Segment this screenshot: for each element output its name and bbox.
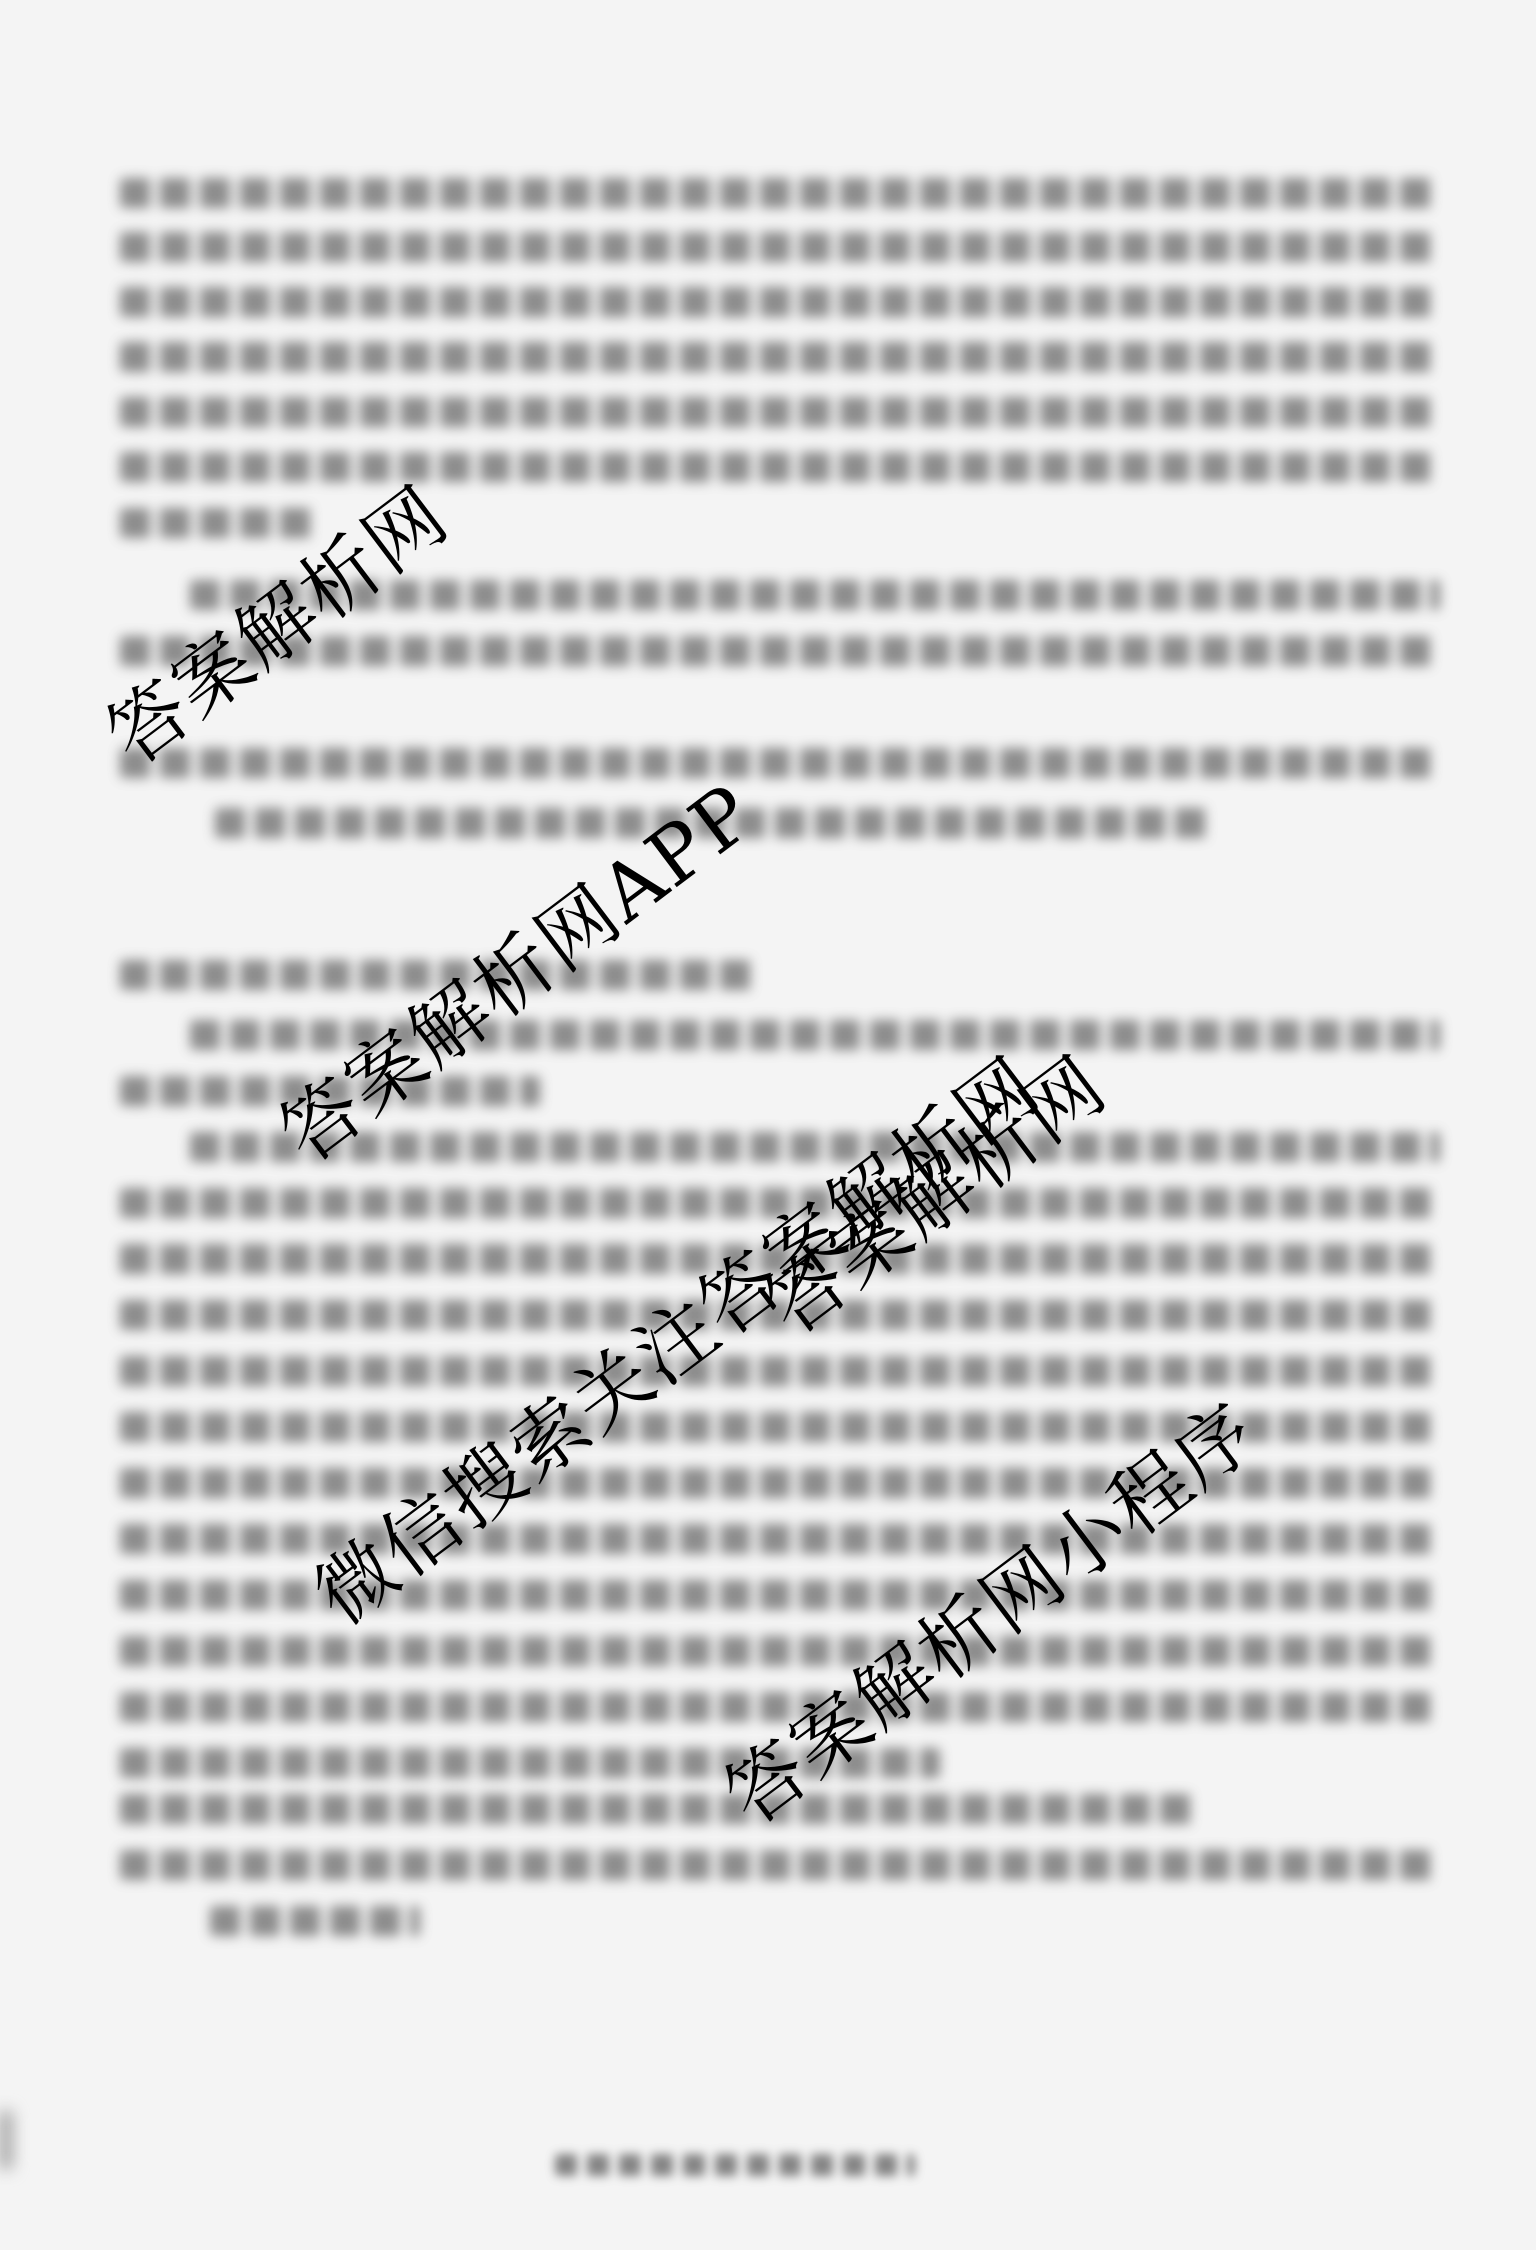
- text-line: [120, 1356, 1440, 1386]
- watermark: 答案解析网小程序: [713, 1391, 1271, 1838]
- text-line: [120, 397, 1440, 427]
- text-line: [190, 1132, 1440, 1162]
- subquestion-1-line: [120, 1794, 1200, 1824]
- question-line: [120, 748, 1440, 778]
- text-line: [120, 1636, 1440, 1666]
- page-footer: [555, 2154, 915, 2176]
- subquestion-2-line: [210, 1906, 420, 1936]
- document-page: 答案解析网 答案解析网APP 答案解析网 微信搜索关注答案解析网 答案解析网小程…: [0, 0, 1536, 2250]
- scan-edge-mark: [0, 2110, 12, 2170]
- text-line: [120, 178, 1440, 208]
- text-line: [120, 508, 320, 538]
- subquestion-2-line: [120, 1850, 1440, 1880]
- text-line: [120, 232, 1440, 262]
- text-line: [120, 452, 1440, 482]
- text-line: [120, 1524, 1440, 1554]
- text-line: [120, 287, 1440, 317]
- text-line: [120, 342, 1440, 372]
